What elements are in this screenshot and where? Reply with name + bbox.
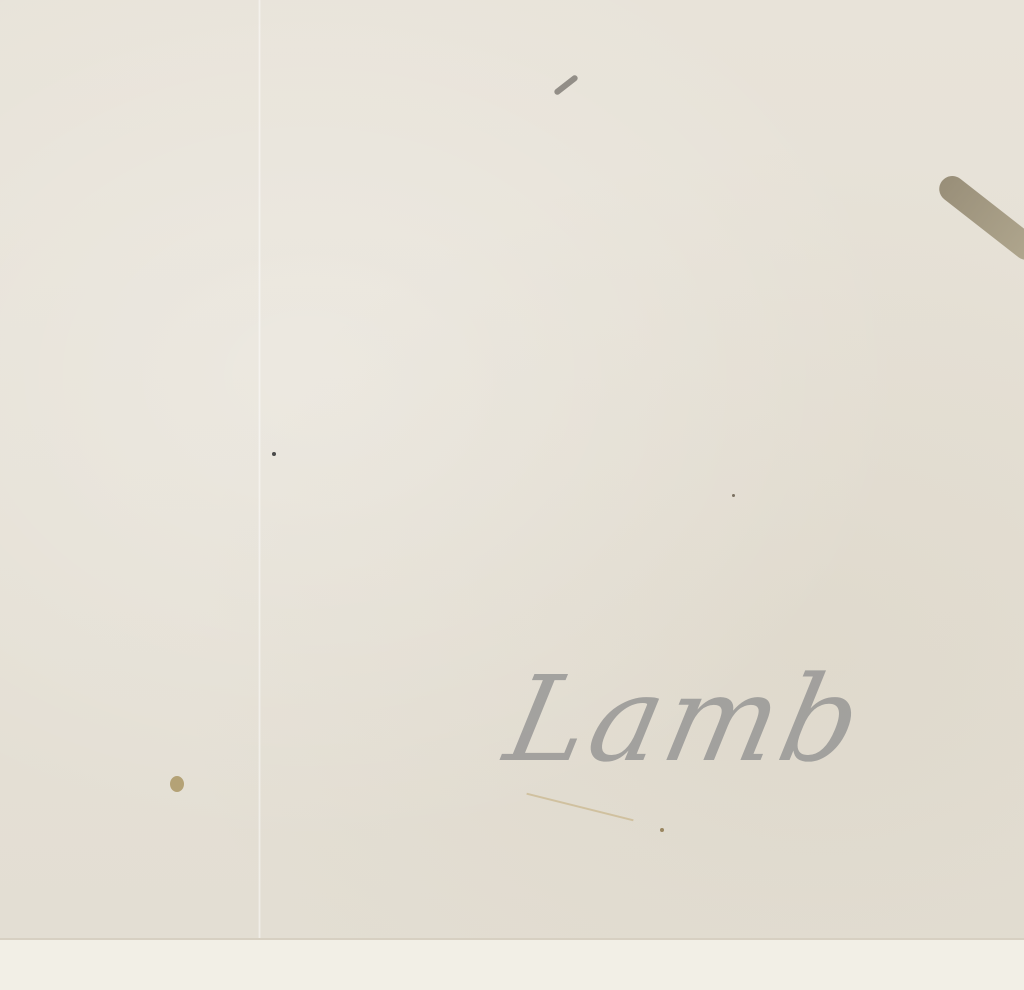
speck <box>732 494 735 497</box>
pencil-mark <box>553 74 579 96</box>
paper-sheet: Lamb <box>0 0 1024 938</box>
brush-stroke <box>934 171 1024 265</box>
speck <box>272 452 276 456</box>
pencil-inscription: Lamb <box>495 650 876 788</box>
paper-fold-line <box>258 0 261 938</box>
mount-border <box>0 938 1024 990</box>
paper-fiber <box>526 793 633 822</box>
speck <box>660 828 664 832</box>
speck <box>170 776 184 792</box>
